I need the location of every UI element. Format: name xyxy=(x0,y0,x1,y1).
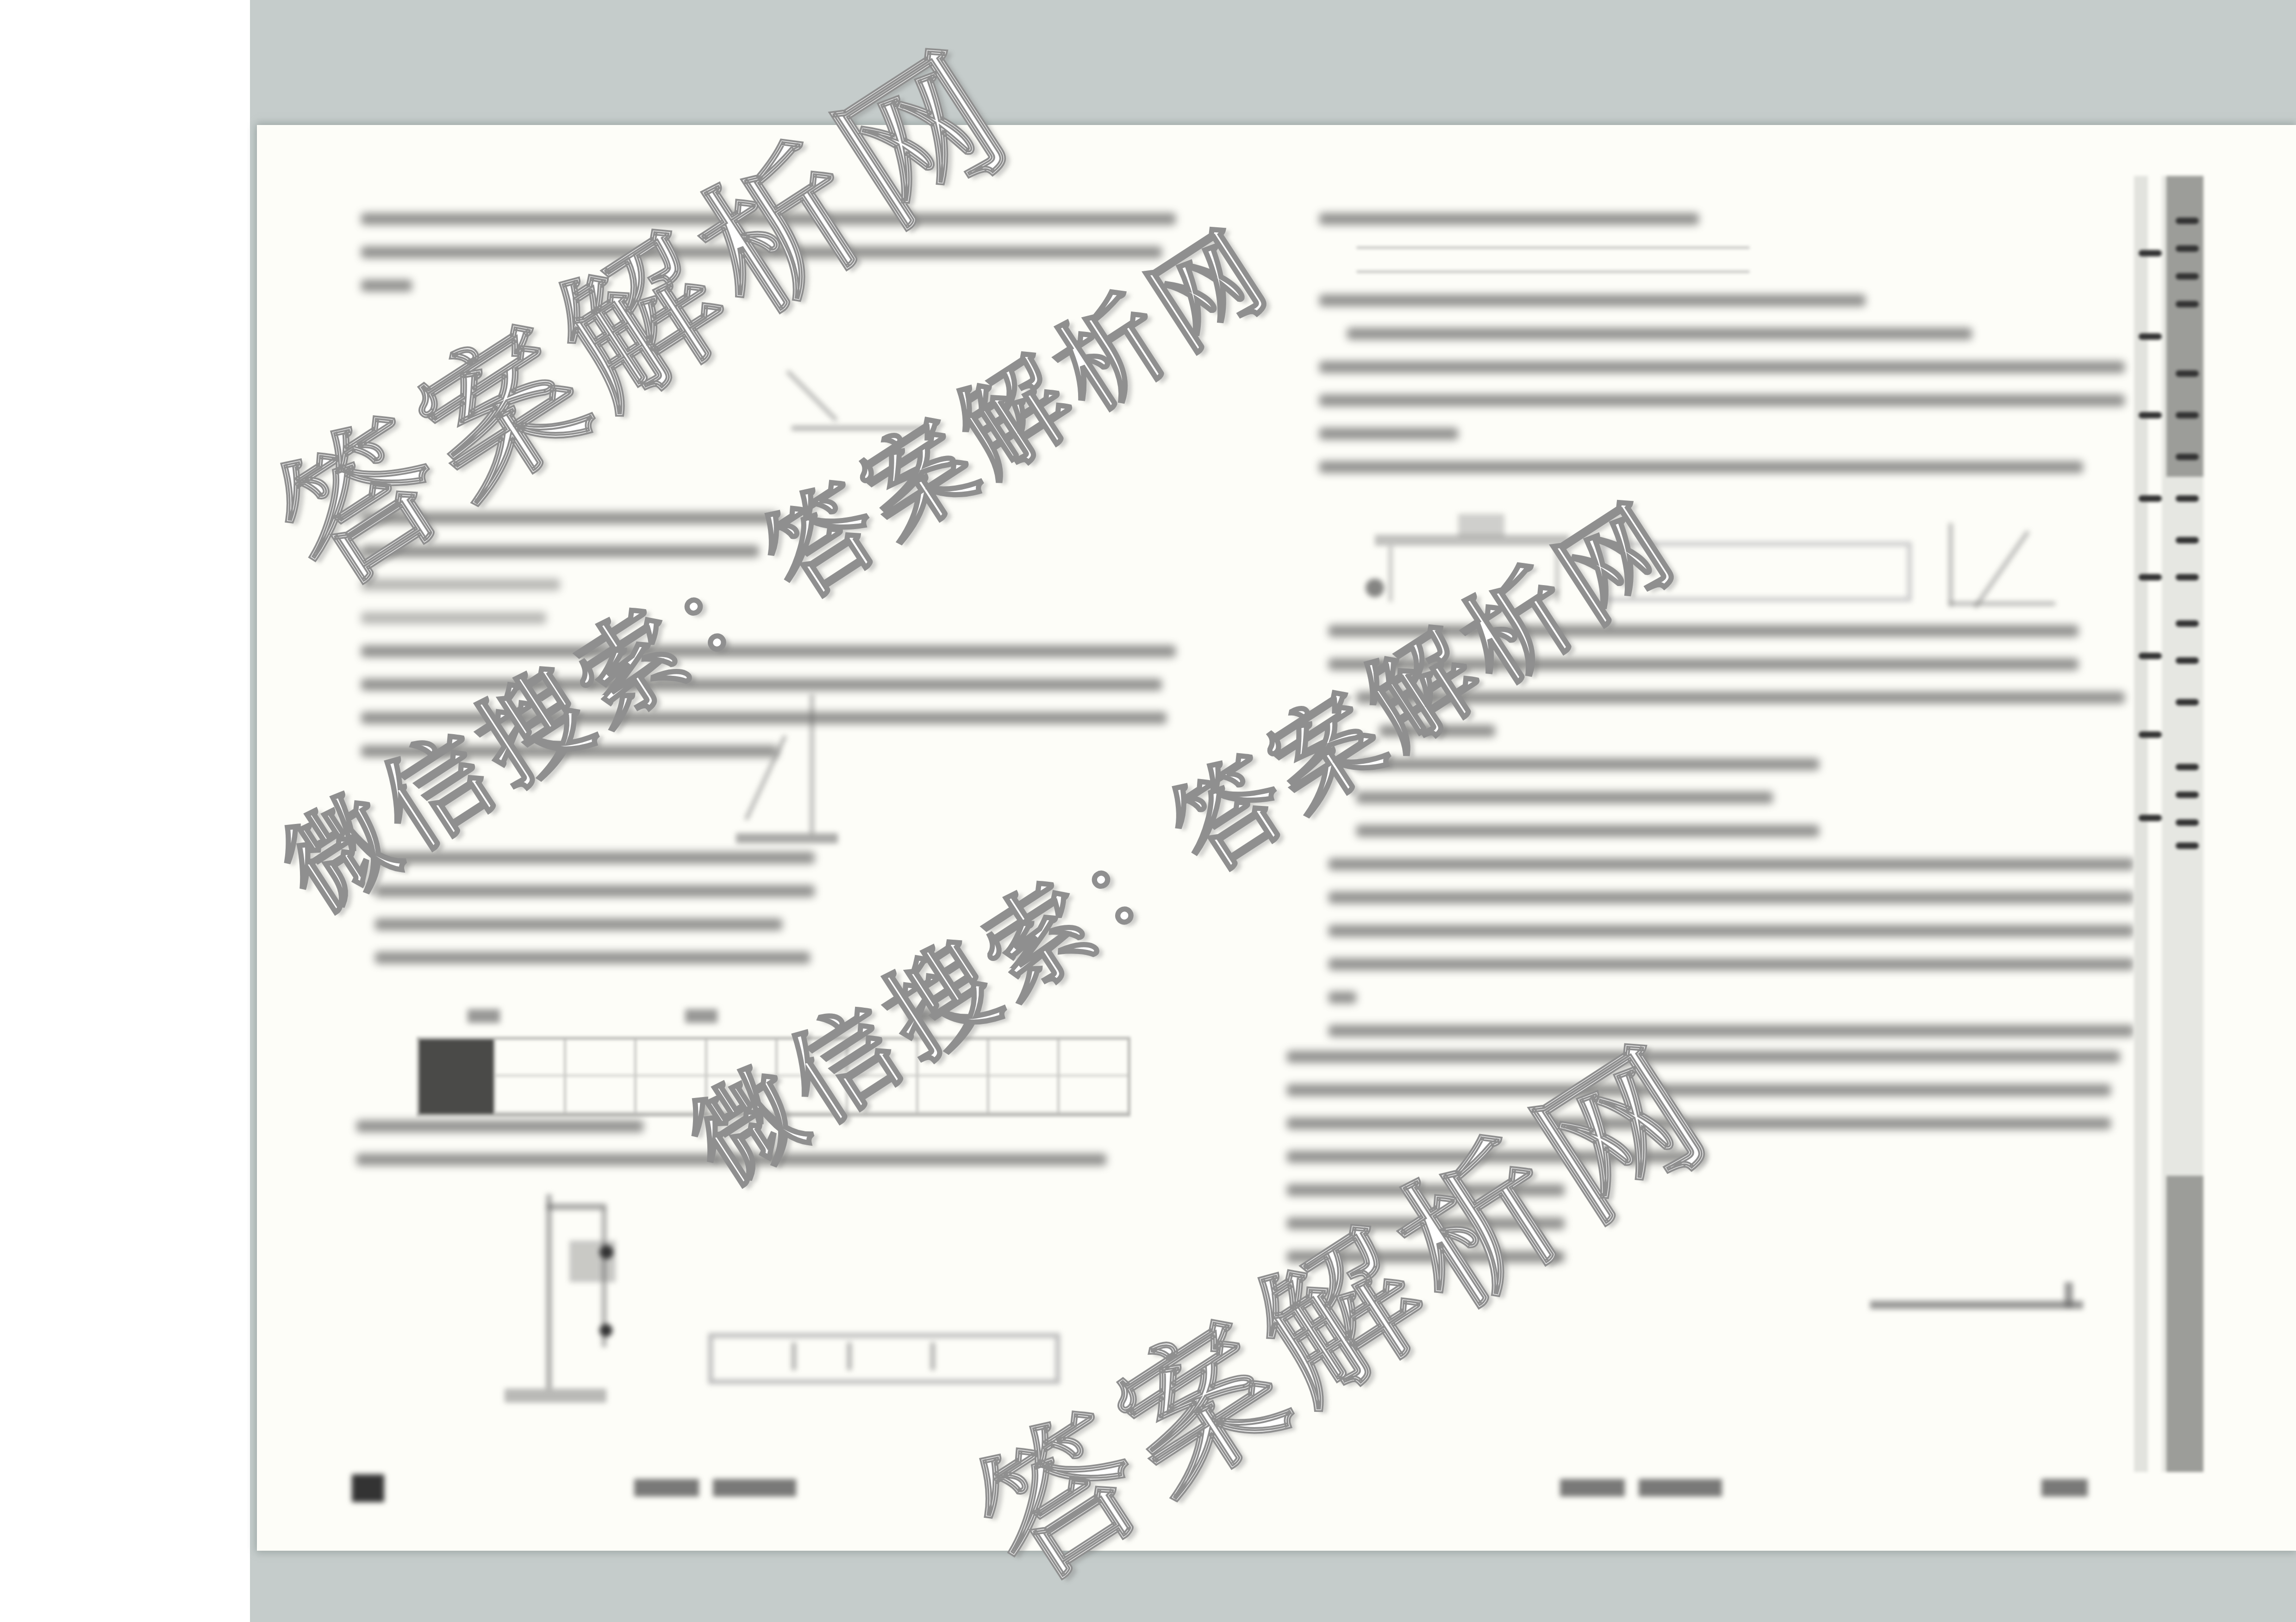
text-line xyxy=(1287,1151,1703,1163)
text-line xyxy=(1287,1117,2111,1129)
text-line xyxy=(1329,992,1356,1004)
answer-cell[interactable] xyxy=(778,1040,846,1077)
answer-cell[interactable] xyxy=(636,1077,705,1114)
text-line xyxy=(1287,1084,2111,1096)
answer-cell[interactable] xyxy=(918,1040,986,1077)
figure-block-on-board xyxy=(1861,1278,2102,1319)
text-line xyxy=(1319,461,2083,473)
figure-track-experiment xyxy=(1342,514,2106,620)
text-line xyxy=(1329,625,2078,637)
text-line xyxy=(1329,1025,2134,1037)
text-line xyxy=(1356,792,1773,804)
text-line xyxy=(356,1154,1106,1166)
answer-cell[interactable] xyxy=(848,1077,916,1114)
text-line xyxy=(361,512,778,524)
right-page-text-3 xyxy=(1287,1051,2129,1284)
text-line xyxy=(361,246,1162,258)
text-line xyxy=(361,545,759,557)
left-page-options xyxy=(375,852,838,985)
binding-strip xyxy=(2134,176,2203,1472)
answer-blank[interactable] xyxy=(1356,270,1750,273)
footer-text xyxy=(634,1479,699,1497)
left-page-footer xyxy=(352,1474,1231,1502)
text-line xyxy=(1287,1251,1565,1263)
page-marker xyxy=(352,1474,384,1502)
section-heading-text xyxy=(356,1120,1143,1187)
answer-cell[interactable] xyxy=(496,1040,564,1077)
right-page-text-2 xyxy=(1329,625,2139,1058)
footer-text xyxy=(713,1479,796,1497)
answer-cell[interactable] xyxy=(1060,1077,1128,1114)
text-line xyxy=(375,918,782,930)
answer-cell[interactable] xyxy=(848,1040,916,1077)
text-line xyxy=(1329,892,2134,904)
answer-cell[interactable] xyxy=(989,1040,1057,1077)
text-line xyxy=(1319,361,2125,373)
text-line xyxy=(1347,328,1972,340)
answer-cell[interactable] xyxy=(707,1077,775,1114)
answer-cell[interactable] xyxy=(566,1040,634,1077)
footer-text xyxy=(2041,1479,2088,1497)
figure-experiment-stand xyxy=(495,1185,690,1444)
answer-table-labels xyxy=(468,1009,1069,1028)
figure-incline xyxy=(764,333,995,472)
answer-cell[interactable] xyxy=(918,1077,986,1114)
text-line xyxy=(1329,658,2078,670)
text-line xyxy=(361,645,1176,657)
text-line xyxy=(1319,428,1458,440)
answer-cell[interactable] xyxy=(636,1040,705,1077)
text-line xyxy=(1319,394,2125,406)
answer-cell[interactable] xyxy=(989,1077,1057,1114)
text-line xyxy=(361,612,546,624)
answer-cell[interactable] xyxy=(707,1040,775,1077)
footer-text xyxy=(1560,1479,1625,1497)
text-line xyxy=(375,952,810,964)
text-line xyxy=(1329,925,2134,937)
figure-stand xyxy=(708,676,847,870)
text-line xyxy=(375,885,815,897)
answer-cell[interactable] xyxy=(566,1077,634,1114)
text-line xyxy=(1329,858,2134,870)
text-line xyxy=(1356,825,1819,837)
text-line xyxy=(1356,758,1819,770)
text-line xyxy=(361,213,1176,225)
text-line xyxy=(1356,692,2125,704)
text-line xyxy=(1319,294,1865,306)
text-line xyxy=(1287,1217,1565,1229)
text-line xyxy=(1379,725,1495,737)
right-page-text xyxy=(1319,213,2129,494)
text-line xyxy=(361,280,412,292)
text-line xyxy=(356,1120,643,1132)
text-line xyxy=(361,579,560,591)
right-page-footer xyxy=(1560,1474,2115,1502)
text-line xyxy=(1287,1051,2120,1063)
text-line xyxy=(1319,213,1699,225)
figure-paper-tape xyxy=(708,1333,1060,1384)
text-line xyxy=(1329,958,2134,970)
answer-cell[interactable] xyxy=(778,1077,846,1114)
footer-text xyxy=(1639,1479,1722,1497)
answer-cell[interactable] xyxy=(1060,1040,1128,1077)
answer-blank[interactable] xyxy=(1356,246,1750,249)
text-line xyxy=(1287,1184,1565,1196)
answer-table xyxy=(417,1037,1130,1117)
answer-table-header-cell xyxy=(419,1040,493,1114)
answer-cell[interactable] xyxy=(496,1077,564,1114)
